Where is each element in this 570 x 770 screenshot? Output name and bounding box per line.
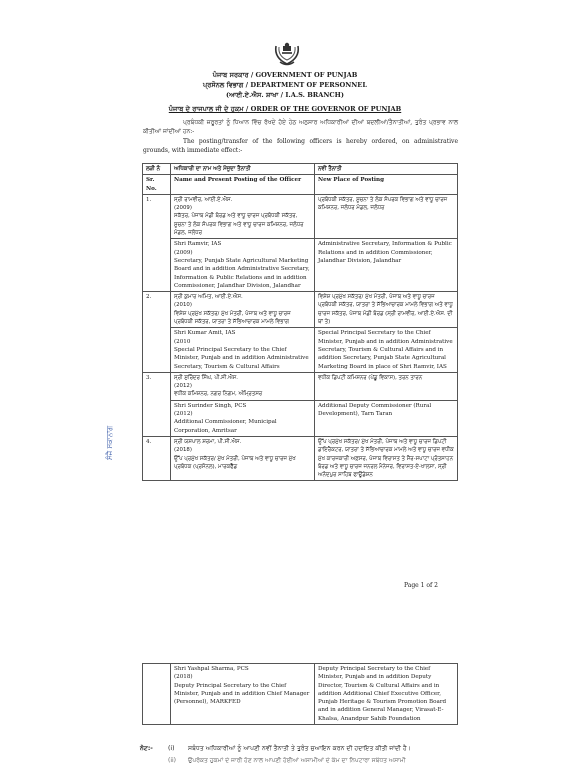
table-row: 2. ਸ੍ਰੀ ਕੁਮਾਰ ਅਮਿਤ, ਆਈ.ਏ.ਐਸ. (2010) ਵਿਸ਼… [143,292,458,328]
present-posting-text: Special Principal Secretary to the Chief… [174,346,311,371]
note-label: ਨੋਟ:- [140,745,168,753]
new-posting-en: Additional Deputy Commissioner (Rural De… [315,400,458,436]
new-posting-en: Special Principal Secretary to the Chief… [315,328,458,372]
present-posting-pa: ਸ੍ਰੀ ਯਸ਼ਪਾਲ ਸ਼ਰਮਾ, ਪੀ.ਸੀ.ਐਸ. (2018) ਉੱਪ … [171,436,315,480]
batch-year: (2010 [174,338,311,346]
present-posting-en: Shri Kumar Amit, IAS (2010 Special Princ… [171,328,315,372]
table-row: Shri Yashpal Sharma, PCS (2018) Deputy P… [143,664,458,725]
sr-no: 4. [143,436,171,480]
present-posting-pa: ਸ੍ਰੀ ਕੁਮਾਰ ਅਮਿਤ, ਆਈ.ਏ.ਐਸ. (2010) ਵਿਸ਼ੇਸ਼… [171,292,315,328]
present-posting-text: ਉੱਪ ਪ੍ਰਮੁੱਖ ਸਕੱਤਰ/ ਮੁੱਖ ਮੰਤਰੀ, ਪੰਜਾਬ ਅਤੇ… [174,455,311,472]
new-posting-pa: ਉੱਪ ਪ੍ਰਮੁੱਖ ਸਕੱਤਰ/ ਮੁੱਖ ਮੰਤਰੀ, ਪੰਜਾਬ ਅਤੇ… [315,436,458,480]
new-posting-pa: ਪ੍ਰਬੰਧਕੀ ਸਕੱਤਰ, ਸੂਚਨਾ ਤੇ ਲੋਕ ਸੰਪਰਕ ਵਿਭਾਗ… [315,194,458,238]
present-posting-pa: ਸ੍ਰੀ ਰਾਮਵੀਰ, ਆਈ.ਏ.ਐਸ. (2009) ਸਕੱਤਰ, ਪੰਜਾ… [171,194,315,238]
present-posting-text: Deputy Principal Secretary to the Chief … [174,682,311,707]
batch-year: (2009) [174,204,311,212]
document-page: ਪੰਜਾਬ ਸਰਕਾਰ / GOVERNMENT OF PUNJAB ਪ੍ਰਸੋ… [0,0,570,770]
present-posting-en: Shri Ramvir, IAS (2009) Secretary, Punja… [171,239,315,292]
table-header-english: Sr. No. Name and Present Posting of the … [143,175,458,195]
present-posting-text: Additional Commissioner, Municipal Corpo… [174,418,311,435]
note-text: ਉਪਰੋਕਤ ਹੁਕਮਾਂ ਦੇ ਜਾਰੀ ਹੋਣ ਨਾਲ ਆਪਣੀ ਹੋਈਆਂ… [188,757,406,764]
batch-year: (2012) [174,382,311,390]
header-government: ਪੰਜਾਬ ਸਰਕਾਰ / GOVERNMENT OF PUNJAB [0,70,570,80]
new-posting-pa: ਵਿਸ਼ੇਸ਼ ਪ੍ਰਮੁੱਖ ਸਕੱਤਰ/ ਮੁੱਖ ਮੰਤਰੀ, ਪੰਜਾਬ… [315,292,458,328]
officer-name-pa: ਸ੍ਰੀ ਕੁਮਾਰ ਅਮਿਤ, ਆਈ.ਏ.ਐਸ. [174,293,311,301]
sr-no: 3. [143,372,171,436]
officer-name-en: Shri Kumar Amit, IAS [174,329,311,337]
table-row: Shri Surinder Singh, PCS (2012) Addition… [143,400,458,436]
batch-year: (2012) [174,410,311,418]
officer-name-en: Shri Surinder Singh, PCS [174,402,311,410]
officer-name-pa: ਸ੍ਰੀ ਰਾਮਵੀਰ, ਆਈ.ਏ.ਐਸ. [174,196,311,204]
header-department: ਪ੍ਰਸੋਨਲ ਵਿਭਾਗ / DEPARTMENT OF PERSONNEL [0,80,570,90]
header-new-en: New Place of Posting [315,175,458,195]
note-text: ਸਬੰਧਤ ਅਧਿਕਾਰੀਆਂ ਨੂੰ ਆਪਣੀ ਨਵੀਂ ਤੈਨਾਤੀ ਤੇ … [188,745,411,752]
new-posting-en: Administrative Secretary, Information & … [315,239,458,292]
batch-year: (2018) [174,446,311,454]
note-number: (i) [168,745,188,752]
present-posting-text: ਵਧੀਕ ਕਮਿਸ਼ਨਰ, ਨਗਰ ਨਿਗਮ, ਅੰਮ੍ਰਿਤਸਰ [174,390,311,398]
table-row: 4. ਸ੍ਰੀ ਯਸ਼ਪਾਲ ਸ਼ਰਮਾ, ਪੀ.ਸੀ.ਐਸ. (2018) ਉ… [143,436,458,480]
present-posting-text: ਸਕੱਤਰ, ਪੰਜਾਬ ਮੰਡੀ ਬੋਰਡ ਅਤੇ ਵਾਧੂ ਚਾਰਜ ਪ੍ਰ… [174,212,311,237]
table-row: 3. ਸ੍ਰੀ ਸੁਰਿੰਦਰ ਸਿੰਘ, ਪੀ.ਸੀ.ਐਸ. (2012) ਵ… [143,372,458,400]
intro-english: The posting/transfer of the following of… [143,137,458,155]
new-posting-pa: ਵਧੀਕ ਡਿਪਟੀ ਕਮਿਸ਼ਨਰ (ਪੇਂਡੂ ਵਿਕਾਸ), ਤਰਨ ਤਾ… [315,372,458,400]
handwritten-signature: ਸੰਜੈ ਸਕਾਨਾਂਗ [106,426,115,460]
batch-year: (2010) [174,301,311,309]
batch-year: (2018) [174,673,311,681]
officer-name-en: Shri Ramvir, IAS [174,240,311,248]
present-posting-en: Shri Surinder Singh, PCS (2012) Addition… [171,400,315,436]
posting-table-continued: Shri Yashpal Sharma, PCS (2018) Deputy P… [142,663,458,725]
officer-name-en: Shri Yashpal Sharma, PCS [174,665,311,673]
new-posting-en: Deputy Principal Secretary to the Chief … [315,664,458,725]
header-sr-en: Sr. No. [143,175,171,195]
note-number: (ii) [168,757,188,764]
table-row: Shri Ramvir, IAS (2009) Secretary, Punja… [143,239,458,292]
header-branch: (ਆਈ.ਏ.ਐਸ. ਸ਼ਾਖਾ / I.A.S. BRANCH) [0,90,570,100]
order-title: ਪੰਜਾਬ ਦੇ ਰਾਜਪਾਲ ਜੀ ਦੇ ਹੁਕਮ / ORDER OF TH… [0,105,570,114]
government-emblem-icon [272,38,302,68]
page-number: Page 1 of 2 [404,582,438,589]
header-name-pa: ਅਧਿਕਾਰੀ ਦਾ ਨਾਮ ਅਤੇ ਮੌਜੂਦਾ ਤੈਨਾਤੀ [171,164,315,175]
note-item-2: (ii)ਉਪਰੋਕਤ ਹੁਕਮਾਂ ਦੇ ਜਾਰੀ ਹੋਣ ਨਾਲ ਆਪਣੀ ਹ… [140,757,480,765]
header-new-pa: ਨਵੀਂ ਤੈਨਾਤੀ [315,164,458,175]
sr-no: 1. [143,194,171,291]
officer-name-pa: ਸ੍ਰੀ ਸੁਰਿੰਦਰ ਸਿੰਘ, ਪੀ.ਸੀ.ਐਸ. [174,374,311,382]
table-header-punjabi: ਲੜੀ ਨੰ ਅਧਿਕਾਰੀ ਦਾ ਨਾਮ ਅਤੇ ਮੌਜੂਦਾ ਤੈਨਾਤੀ … [143,164,458,175]
present-posting-en: Shri Yashpal Sharma, PCS (2018) Deputy P… [171,664,315,725]
intro-punjabi: ਪ੍ਰਬੰਧਕੀ ਜ਼ਰੂਰਤਾਂ ਨੂੰ ਧਿਆਨ ਵਿੱਚ ਰੱਖਦੇ ਹੋ… [143,118,458,136]
table-row: Shri Kumar Amit, IAS (2010 Special Princ… [143,328,458,372]
header-name-en: Name and Present Posting of the Officer [171,175,315,195]
present-posting-text: ਵਿਸ਼ੇਸ਼ ਪ੍ਰਮੁੱਖ ਸਕੱਤਰ/ ਮੁੱਖ ਮੰਤਰੀ, ਪੰਜਾਬ… [174,310,311,327]
present-posting-pa: ਸ੍ਰੀ ਸੁਰਿੰਦਰ ਸਿੰਘ, ਪੀ.ਸੀ.ਐਸ. (2012) ਵਧੀਕ… [171,372,315,400]
present-posting-text: Secretary, Punjab State Agricultural Mar… [174,257,311,290]
posting-table: ਲੜੀ ਨੰ ਅਧਿਕਾਰੀ ਦਾ ਨਾਮ ਅਤੇ ਮੌਜੂਦਾ ਤੈਨਾਤੀ … [142,163,458,481]
sr-no: 2. [143,292,171,373]
officer-name-pa: ਸ੍ਰੀ ਯਸ਼ਪਾਲ ਸ਼ਰਮਾ, ਪੀ.ਸੀ.ਐਸ. [174,438,311,446]
batch-year: (2009) [174,249,311,257]
table-row: 1. ਸ੍ਰੀ ਰਾਮਵੀਰ, ਆਈ.ਏ.ਐਸ. (2009) ਸਕੱਤਰ, ਪ… [143,194,458,238]
header-sr-pa: ਲੜੀ ਨੰ [143,164,171,175]
sr-no-empty [143,664,171,725]
note-item-1: ਨੋਟ:-(i)ਸਬੰਧਤ ਅਧਿਕਾਰੀਆਂ ਨੂੰ ਆਪਣੀ ਨਵੀਂ ਤੈ… [140,745,480,753]
